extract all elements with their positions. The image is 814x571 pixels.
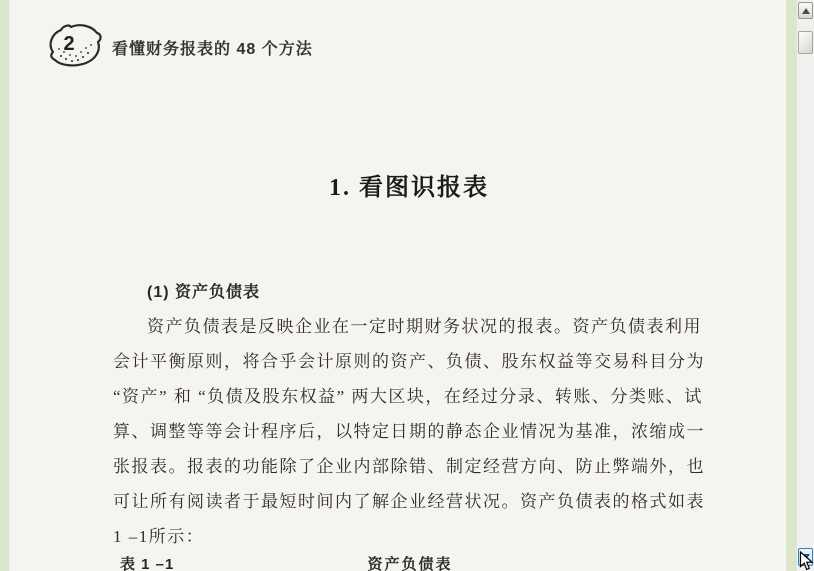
chapter-title: 1. 看图识报表 bbox=[113, 167, 705, 202]
triangle-up-icon bbox=[802, 8, 810, 14]
table-caption-title: 资产负债表 bbox=[113, 553, 707, 571]
paragraph-line: 资产负债表是反映企业在一定时期财务状况的报表。资产负债表利用 bbox=[113, 309, 707, 344]
table-caption-row: 表 1 –1 资产负债表 bbox=[113, 551, 707, 571]
paragraph-line: 1 –1所示： bbox=[113, 519, 707, 554]
page-number-badge: 2 bbox=[57, 33, 81, 56]
mouse-cursor-icon bbox=[799, 551, 814, 571]
left-margin-strip bbox=[0, 0, 9, 571]
right-margin-strip bbox=[786, 0, 796, 571]
ebook-reader-page: 2 看懂财务报表的 48 个方法 1. 看图识报表 (1) 资产负债表 资产负债… bbox=[0, 0, 814, 571]
running-head-book-title: 看懂财务报表的 48 个方法 bbox=[112, 36, 313, 59]
paragraph-line: 张报表。报表的功能除了企业内部除错、制定经营方向、防止弊端外，也 bbox=[113, 449, 707, 484]
vertical-scrollbar[interactable] bbox=[796, 0, 814, 571]
body-paragraph: 资产负债表是反映企业在一定时期财务状况的报表。资产负债表利用 会计平衡原则，将合… bbox=[113, 309, 707, 554]
paragraph-line: 会计平衡原则，将合乎会计原则的资产、负债、股东权益等交易科目分为 bbox=[113, 344, 707, 379]
paragraph-line: 算、调整等等会计程序后，以特定日期的静态企业情况为基准，浓缩成一 bbox=[113, 414, 707, 449]
section-heading: (1) 资产负债表 bbox=[147, 279, 260, 302]
scroll-up-button[interactable] bbox=[798, 2, 813, 19]
paragraph-line: “资产” 和 “负债及股东权益” 两大区块，在经过分录、转账、分类账、试 bbox=[113, 379, 707, 414]
scrollbar-thumb[interactable] bbox=[798, 31, 813, 54]
chapter-badge: 2 bbox=[44, 21, 106, 73]
paragraph-line: 可让所有阅读者于最短时间内了解企业经营状况。资产负债表的格式如表 bbox=[113, 484, 707, 519]
